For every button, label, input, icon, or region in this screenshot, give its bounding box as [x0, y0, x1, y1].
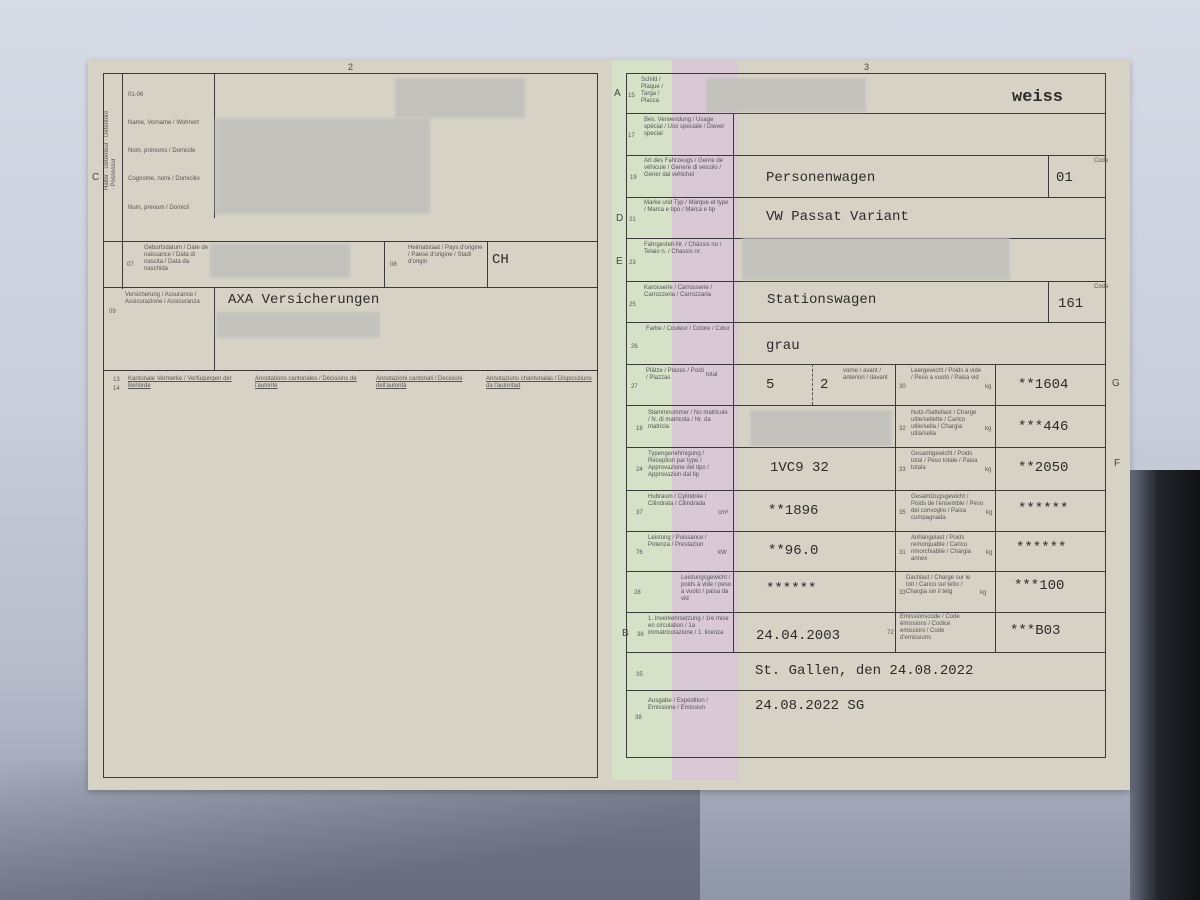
nationality-label: Heimatstaat / Pays d'origine / Paese d'o… — [408, 245, 484, 266]
unit-label: kg — [986, 550, 992, 556]
displacement-value: **1896 — [768, 503, 818, 519]
field-code: 15 — [628, 93, 635, 99]
divider — [626, 490, 1106, 491]
divider — [487, 241, 488, 287]
divider — [626, 405, 1106, 406]
birthdate-label: Geburtsdatum / Date de naissance / Data … — [144, 245, 210, 273]
section-letter-g: G — [1112, 378, 1120, 389]
color-value: grau — [766, 338, 800, 354]
first-registration-label: 1. Inverkehrsetzung / 1re mise en circul… — [648, 616, 732, 637]
field-code: 37 — [636, 510, 643, 516]
section-letter-c: C — [92, 172, 99, 183]
divider — [626, 155, 1106, 156]
vehicle-type-label: Art des Fahrzeugs / Genre de véhicule / … — [644, 158, 729, 179]
divider — [995, 364, 996, 652]
code-label: Code — [1094, 158, 1108, 164]
divider — [626, 612, 1106, 613]
issuance-label: Ausgabe / Expédition / Emissione / Emiss… — [648, 698, 728, 712]
field-code: 31 — [899, 550, 906, 556]
background-dark-object — [1130, 470, 1200, 900]
divider — [626, 364, 1106, 365]
body-label: Karosserie / Carrosserie / Carrozzeria /… — [644, 285, 729, 299]
redacted-chassis-number — [742, 238, 1010, 280]
divider — [1048, 155, 1049, 197]
redacted-plate — [706, 78, 866, 112]
field-code: 27 — [631, 384, 638, 390]
color-label: Farbe / Couleur / Colore / Colur — [646, 326, 731, 333]
type-approval-label: Typengenehmigung / Réception par type / … — [648, 451, 730, 479]
train-weight-value: ****** — [1018, 501, 1068, 517]
field-label: Cognome, nomi / Domicilio — [128, 176, 208, 183]
unit-label: kW — [718, 550, 727, 556]
divider — [626, 571, 1106, 572]
chassis-label: Fahrgestell-Nr. / Châssis no / Telaio n.… — [644, 242, 729, 256]
field-code: 13 — [113, 377, 120, 383]
type-approval-value: 1VC9 32 — [770, 460, 829, 476]
redacted-holder-name — [215, 118, 430, 214]
page-number-left: 2 — [348, 62, 353, 72]
curb-weight-value: **1604 — [1018, 377, 1068, 393]
issuance-value: 24.08.2022 SG — [755, 698, 864, 714]
seats-value: 5 — [766, 377, 774, 393]
field-code: 23 — [629, 260, 636, 266]
divider — [626, 113, 1106, 114]
field-code: 17 — [628, 133, 635, 139]
field-code: 21 — [629, 217, 636, 223]
redacted-region — [395, 78, 525, 118]
make-value: VW Passat Variant — [766, 209, 909, 225]
section-letter-e: E — [616, 256, 623, 267]
code-label: Code — [1094, 284, 1108, 290]
regnum-label: Stammnummer / No matricule / N. di matri… — [648, 410, 730, 431]
divider — [122, 73, 123, 289]
plate-color-value: weiss — [1012, 88, 1063, 107]
field-code: 26 — [631, 344, 638, 350]
power-ratio-label: Leistungsgewicht / poids à vide / peso a… — [681, 575, 733, 603]
field-label: 01-06 — [128, 92, 143, 99]
field-code: 36 — [637, 632, 644, 638]
unit-label: kg — [985, 426, 991, 432]
field-code: 25 — [629, 302, 636, 308]
front-seats-label: vorne / avant / anteriori / davant — [843, 368, 893, 382]
divider — [812, 364, 813, 405]
field-code: 14 — [113, 386, 120, 392]
divider — [626, 447, 1106, 448]
divider — [626, 652, 1106, 653]
seats-sub-label: total — [706, 372, 717, 379]
trailer-load-value: ****** — [1016, 540, 1066, 556]
train-weight-label: Gesamtzugsgewicht / Poids de l'ensemble … — [911, 494, 985, 522]
section-letter-f: F — [1114, 458, 1120, 469]
plate-label: Schild / Plaque / Targa / Placca — [641, 77, 671, 105]
field-code: 38 — [635, 715, 642, 721]
page-number-right: 3 — [864, 62, 869, 72]
unit-label: kg — [985, 384, 991, 390]
body-code: 161 — [1058, 296, 1083, 312]
remarks-label-fr: Annotations cantonales / Décisions de l'… — [255, 376, 365, 390]
section-letter-b: B — [622, 628, 629, 639]
divider — [103, 287, 598, 288]
remarks-label-rm: Annotaziuns chantunalas / Disposiziuns d… — [486, 376, 594, 390]
unit-label: kg — [980, 590, 986, 596]
field-code: 18 — [636, 426, 643, 432]
unit-label: kg — [985, 467, 991, 473]
field-label: Nom, prénoms / Domicile — [128, 148, 208, 155]
divider — [626, 197, 1106, 198]
payload-value: ***446 — [1018, 419, 1068, 435]
trailer-load-label: Anhängelast / Poids remorquable / Carico… — [911, 535, 985, 563]
body-value: Stationswagen — [767, 292, 876, 308]
field-code: 30 — [899, 384, 906, 390]
power-ratio-value: ****** — [766, 581, 816, 597]
field-code: 09 — [109, 309, 116, 315]
roof-load-value: ***100 — [1014, 578, 1064, 594]
field-code: 72 — [887, 630, 894, 636]
payload-label: Nutz-/Sattellast / Charge utile/sellette… — [911, 410, 983, 438]
make-label: Marke und Typ / Marque et type / Marca e… — [644, 200, 729, 214]
field-code: 32 — [899, 426, 906, 432]
field-code: 33 — [899, 467, 906, 473]
power-value: **96.0 — [768, 543, 818, 559]
field-code: 08 — [390, 262, 397, 268]
redacted-birthdate — [210, 244, 350, 278]
field-code: 19 — [630, 175, 637, 181]
divider — [1048, 281, 1049, 322]
front-seats-value: 2 — [820, 377, 828, 393]
insurance-label: Versicherung / Assurance / Assicurazione… — [125, 292, 205, 306]
section-letter-d: D — [616, 213, 623, 224]
field-code: 07 — [127, 262, 134, 268]
field-code: 24 — [636, 467, 643, 473]
divider — [103, 370, 598, 371]
emission-label: Emissionscode / Code émissions / Codice … — [900, 614, 974, 642]
displacement-label: Hubraum / Cylindrée / Cilindrata / Cilin… — [648, 494, 708, 508]
section-letter-a: A — [614, 88, 621, 99]
roof-load-label: Dachlast / Charge sur le toit / Carico s… — [906, 575, 978, 596]
divider — [626, 531, 1106, 532]
insurance-value: AXA Versicherungen — [228, 292, 379, 308]
gross-weight-label: Gesamtgewicht / Poids total / Peso total… — [911, 451, 983, 472]
redacted-regnum — [750, 410, 892, 446]
field-code: 28 — [634, 590, 641, 596]
remarks-label-it: Annotazioni cantonali / Decisioni dell'a… — [376, 376, 476, 390]
unit-label: kg — [986, 510, 992, 516]
seats-label: Plätze / Places / Posti / Plazzas — [646, 368, 706, 382]
place-date-value: St. Gallen, den 24.08.2022 — [755, 663, 973, 679]
field-code: 33 — [899, 590, 906, 596]
redacted-insurance-detail — [216, 312, 380, 338]
special-use-label: Bes. Verwendung / Usage spécial / Uso sp… — [644, 117, 729, 138]
divider — [895, 364, 896, 652]
divider — [626, 322, 1106, 323]
divider — [103, 241, 598, 242]
field-code: 35 — [636, 672, 643, 678]
holder-vertical-label: Halter · Détenteur · Detentore · Possess… — [104, 110, 118, 190]
divider — [626, 281, 1106, 282]
curb-weight-label: Leergewicht / Poids à vide / Peso a vuot… — [911, 368, 983, 382]
vehicle-type-value: Personenwagen — [766, 170, 875, 186]
vehicle-type-code: 01 — [1056, 170, 1073, 186]
first-registration-value: 24.04.2003 — [756, 628, 840, 644]
gross-weight-value: **2050 — [1018, 460, 1068, 476]
field-code: 35 — [899, 510, 906, 516]
field-code: 76 — [636, 550, 643, 556]
nationality-value: CH — [492, 252, 509, 268]
remarks-label-de: Kantonale Vermerke / Verfügungen der Beh… — [128, 376, 238, 390]
unit-label: cm³ — [718, 510, 728, 516]
divider — [384, 241, 385, 287]
field-label: Num, prenum / Domicil — [128, 205, 208, 212]
emission-value: ***B03 — [1010, 623, 1060, 639]
field-label: Name, Vorname / Wohnort — [128, 120, 208, 127]
power-label: Leistung / Puissance / Potenza / Prestaz… — [648, 535, 708, 549]
divider — [626, 690, 1106, 691]
